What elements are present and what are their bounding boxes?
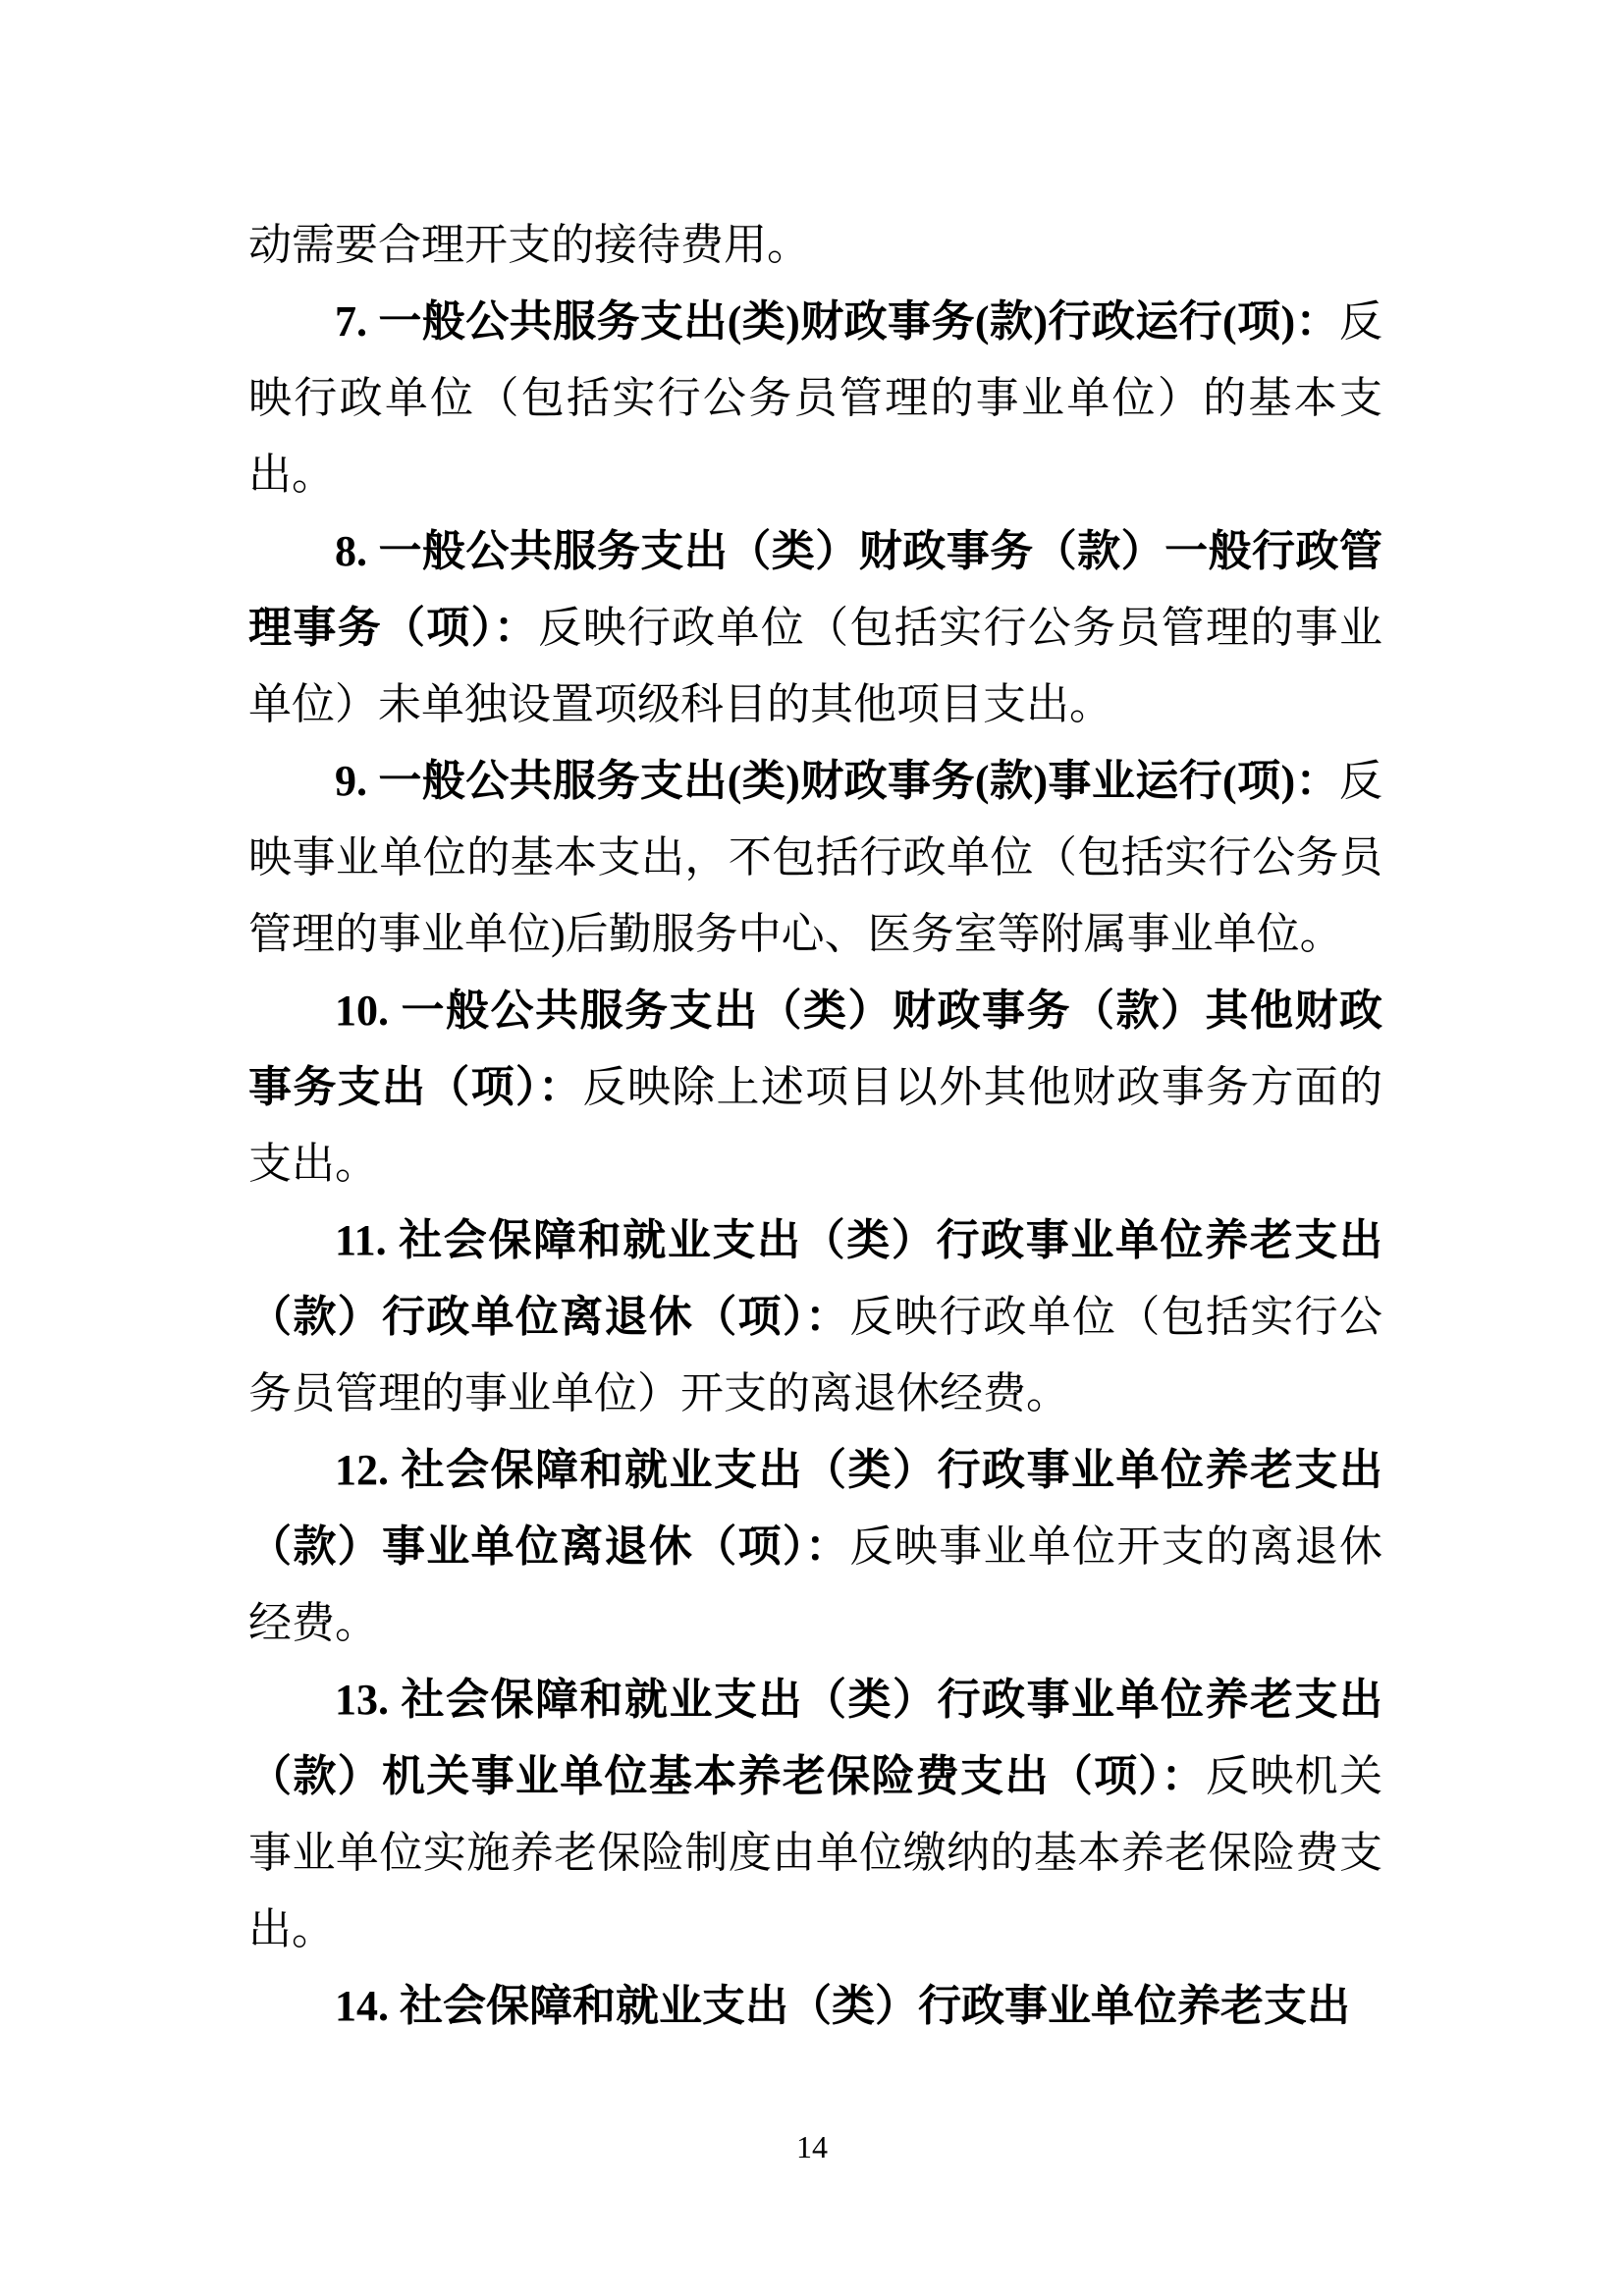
paragraph-item-9: 9. 一般公共服务支出(类)财政事务(款)事业运行(项)：反映事业单位的基本支出… bbox=[248, 743, 1382, 973]
document-page: 动需要合理开支的接待费用。 7. 一般公共服务支出(类)财政事务(款)行政运行(… bbox=[0, 0, 1624, 2296]
paragraph-bold-lead: 9. 一般公共服务支出(类)财政事务(款)事业运行(项)： bbox=[335, 757, 1339, 805]
paragraph-item-8: 8. 一般公共服务支出（类）财政事务（款）一般行政管理事务（项）：反映行政单位（… bbox=[248, 513, 1382, 743]
document-body: 动需要合理开支的接待费用。 7. 一般公共服务支出(类)财政事务(款)行政运行(… bbox=[248, 207, 1382, 2045]
paragraph-bold-lead: 7. 一般公共服务支出(类)财政事务(款)行政运行(项)： bbox=[335, 297, 1339, 346]
paragraph-item-14: 14. 社会保障和就业支出（类）行政事业单位养老支出 bbox=[248, 1968, 1382, 2045]
paragraph-text: 动需要合理开支的接待费用。 bbox=[248, 221, 810, 269]
paragraph-item-7: 7. 一般公共服务支出(类)财政事务(款)行政运行(项)：反映行政单位（包括实行… bbox=[248, 284, 1382, 513]
paragraph-item-13: 13. 社会保障和就业支出（类）行政事业单位养老支出（款）机关事业单位基本养老保… bbox=[248, 1662, 1382, 1968]
paragraph-bold-lead: 14. 社会保障和就业支出（类）行政事业单位养老支出 bbox=[335, 1982, 1350, 2030]
paragraph-item-12: 12. 社会保障和就业支出（类）行政事业单位养老支出（款）事业单位离退休（项）：… bbox=[248, 1432, 1382, 1662]
paragraph-item-10: 10. 一般公共服务支出（类）财政事务（款）其他财政事务支出（项）：反映除上述项… bbox=[248, 973, 1382, 1202]
paragraph-continuation: 动需要合理开支的接待费用。 bbox=[248, 207, 1382, 284]
paragraph-item-11: 11. 社会保障和就业支出（类）行政事业单位养老支出（款）行政单位离退休（项）：… bbox=[248, 1202, 1382, 1432]
page-number: 14 bbox=[0, 2123, 1624, 2170]
